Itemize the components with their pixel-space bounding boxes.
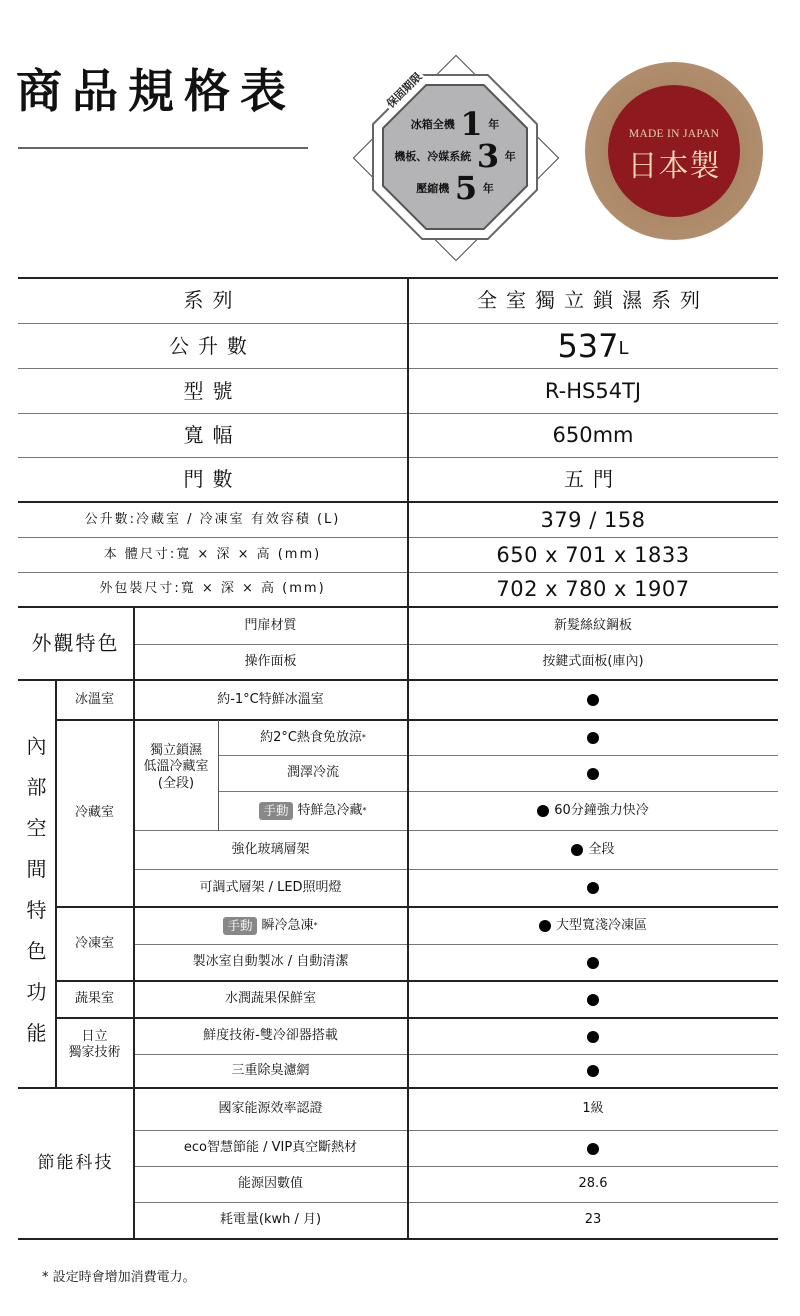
value-text: 60分鐘強力快冷 [554, 803, 649, 819]
section-char: 特 [27, 890, 47, 931]
feature-flash-freeze: 手動瞬冷急凍* [134, 908, 407, 944]
value-glass-shelf: 全段 [408, 831, 778, 869]
group-line: 獨家技術 [68, 1045, 120, 1061]
bullet-icon [587, 957, 599, 969]
subgroup-line: (全段) [158, 776, 194, 792]
bullet-icon [587, 694, 599, 706]
section-interior: 內 部 空 間 特 色 功 能 [18, 720, 55, 1020]
bullet-icon [587, 882, 599, 894]
bullet-icon [587, 732, 599, 744]
bullet-icon [587, 768, 599, 780]
page-title: 商品規格表 [16, 68, 296, 114]
feature-quick-chill: 手動特鮮急冷藏* [219, 792, 407, 830]
value-flash-freeze: 大型寬淺冷凍區 [408, 908, 778, 944]
section-char: 空 [27, 808, 47, 849]
value-vegetable [408, 982, 778, 1017]
value-adjustable-shelf [408, 870, 778, 906]
capacity-number: 537 [557, 326, 618, 366]
value-hot-food [408, 721, 778, 755]
feature-moist-flow: 潤澤冷流 [219, 756, 407, 791]
table-bottom-rule [18, 1238, 778, 1240]
value-moist-flow [408, 756, 778, 791]
warranty-line-board: 機板、冷媒系統 3 年 [350, 140, 560, 172]
feature-door-material: 門扉材質 [134, 608, 407, 644]
feature-text: 瞬冷急凍 [262, 918, 314, 934]
made-in-japan-text: MADE IN JAPAN [608, 128, 740, 140]
spec-label-width: 寬幅 [18, 414, 407, 457]
manual-tag: 手動 [223, 917, 256, 935]
footnote: * 設定時會增加消費電力。 [42, 1266, 196, 1285]
value-energy-factor: 28.6 [408, 1167, 778, 1202]
spec-value-series: 全室獨立鎖濕系列 [408, 278, 778, 323]
feature-auto-ice: 製冰室自動製冰 / 自動清潔 [134, 945, 407, 980]
feature-energy-cert: 國家能源效率認證 [134, 1089, 407, 1130]
section-char: 能 [27, 1013, 47, 1054]
spec-value-volume: 379 / 158 [408, 503, 778, 537]
value-energy-cert: 1級 [408, 1089, 778, 1130]
group-freezer: 冷凍室 [56, 908, 133, 980]
bullet-icon [587, 1031, 599, 1043]
warranty-label: 冰箱全機 [411, 118, 455, 131]
value-eco-vip [408, 1131, 778, 1166]
spec-value-width: 650mm [408, 414, 778, 457]
footnote-mark: * [363, 806, 367, 816]
feature-chill-room: 約-1°C特鮮冰溫室 [134, 681, 407, 719]
section-char: 部 [27, 767, 47, 808]
warranty-badge: 保固期限 冰箱全機 1 年 機板、冷媒系統 3 年 壓縮機 5 年 [350, 52, 560, 262]
group-hitachi-tech: 日立 獨家技術 [56, 1019, 133, 1087]
spec-value-model: R-HS54TJ [408, 369, 778, 413]
bullet-icon [587, 1065, 599, 1077]
warranty-unit: 年 [483, 182, 494, 195]
value-text: 大型寬淺冷凍區 [556, 918, 647, 934]
spec-value-body-size: 650 x 701 x 1833 [408, 538, 778, 572]
feature-hot-food: 約2°C熱食免放涼* [219, 721, 407, 755]
value-deodorizer [408, 1055, 778, 1087]
section-char: 內 [27, 726, 47, 767]
value-quick-chill: 60分鐘強力快冷 [408, 792, 778, 830]
bullet-icon [537, 805, 549, 817]
group-fridge: 冷藏室 [56, 721, 133, 906]
spec-value-capacity: 537L [408, 324, 778, 368]
value-dual-cooler [408, 1019, 778, 1054]
footnote-mark: * [362, 733, 366, 743]
group-vegetable: 蔬果室 [56, 982, 133, 1017]
subgroup-line: 低溫冷藏室 [143, 759, 208, 775]
feature-adjustable-shelf: 可調式層架 / LED照明燈 [134, 870, 407, 906]
feature-eco-vip: eco智慧節能 / VIP真空斷熱材 [134, 1131, 407, 1166]
warranty-label: 機板、冷媒系統 [394, 150, 471, 163]
warranty-years: 5 [455, 169, 477, 207]
warranty-line-fridge: 冰箱全機 1 年 [350, 108, 560, 140]
spec-value-doors: 五門 [408, 458, 778, 501]
warranty-years: 3 [477, 137, 499, 175]
feature-energy-factor: 能源因數值 [134, 1167, 407, 1202]
spec-label-model: 型號 [18, 369, 407, 413]
spec-label-package-size: 外包裝尺寸:寬 × 深 × 高 (mm) [18, 573, 407, 606]
warranty-label: 壓縮機 [416, 182, 449, 195]
spec-label-volume: 公升數:冷藏室 / 冷凍室 有效容積 (L) [18, 503, 407, 537]
bullet-icon [539, 920, 551, 932]
feature-text: 約2°C熱食免放涼 [260, 730, 362, 746]
warranty-line-compressor: 壓縮機 5 年 [350, 172, 560, 204]
japan-made-text: 日本製 [608, 141, 740, 185]
feature-text: 特鮮急冷藏 [298, 803, 363, 819]
value-door-material: 新髮絲紋鋼板 [408, 608, 778, 644]
value-text: 全段 [588, 842, 614, 858]
made-in-japan-badge: MADE IN JAPAN 日本製 [585, 62, 763, 240]
bullet-icon [587, 994, 599, 1006]
section-energy: 節能科技 [18, 1089, 133, 1238]
manual-tag: 手動 [259, 802, 292, 820]
section-char: 功 [27, 972, 47, 1013]
feature-control-panel: 操作面板 [134, 645, 407, 679]
spec-label-doors: 門數 [18, 458, 407, 501]
feature-dual-cooler: 鮮度技術-雙冷卻器搭載 [134, 1019, 407, 1054]
value-auto-ice [408, 945, 778, 980]
section-char: 間 [27, 849, 47, 890]
section-char: 色 [27, 931, 47, 972]
value-chill-room [408, 681, 778, 719]
title-divider [18, 147, 308, 149]
subgroup-lock-moist: 獨立鎖濕 低溫冷藏室 (全段) [134, 721, 218, 830]
group-chill-room: 冰溫室 [56, 681, 133, 719]
capacity-unit: L [619, 338, 629, 361]
value-control-panel: 按鍵式面板(庫內) [408, 645, 778, 679]
bullet-icon [571, 844, 583, 856]
badge-red-disc: MADE IN JAPAN 日本製 [608, 85, 740, 217]
subgroup-line: 獨立鎖濕 [150, 743, 202, 759]
section-appearance: 外觀特色 [18, 608, 133, 679]
group-line: 日立 [81, 1029, 107, 1045]
feature-vegetable: 水潤蔬果保鮮室 [134, 982, 407, 1017]
spec-label-body-size: 本 體尺寸:寬 × 深 × 高 (mm) [18, 538, 407, 572]
feature-deodorizer: 三重除臭濾網 [134, 1055, 407, 1087]
bullet-icon [587, 1143, 599, 1155]
feature-glass-shelf: 強化玻璃層架 [134, 831, 407, 869]
spec-label-series: 系列 [18, 278, 407, 323]
footnote-mark: * [314, 921, 318, 931]
feature-power-consumption: 耗電量(kwh / 月) [134, 1203, 407, 1238]
value-power-consumption: 23 [408, 1203, 778, 1238]
warranty-unit: 年 [488, 118, 499, 131]
warranty-unit: 年 [505, 150, 516, 163]
spec-value-package-size: 702 x 780 x 1907 [408, 573, 778, 606]
spec-label-capacity: 公升數 [18, 324, 407, 368]
